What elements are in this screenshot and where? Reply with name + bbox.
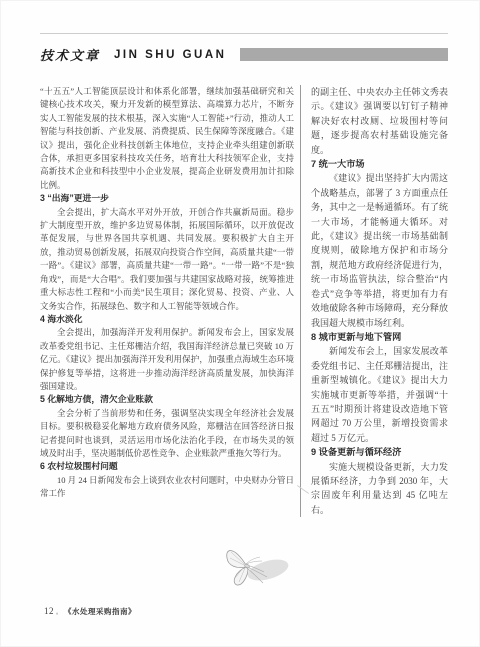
paragraph: 《建议》提出坚持扩大内需这个战略基点，部署了 3 方面重点任务，其中之一是畅通循… (311, 171, 448, 329)
left-column: “十五五”人工智能顶层设计和体系化部署，继续加强基础研究和关键核心技术攻关，聚力… (40, 85, 294, 517)
section-label: 技术文章 (40, 45, 100, 64)
pinyin-title: JIN SHU GUAN (114, 49, 226, 61)
header-rule (40, 33, 448, 34)
paragraph: 全会提出，扩大高水平对外开放，开创合作共赢新局面。稳步扩大制度型开放，维护多边贸… (40, 206, 294, 313)
right-column: 的副主任、中央农办主任韩文秀表示。《建议》强调要以钉钉子精神解决好农村改厕、垃圾… (311, 85, 448, 517)
header-row: 技术文章 JIN SHU GUAN (40, 45, 448, 64)
article-body: “十五五”人工智能顶层设计和体系化部署，继续加强基础研究和关键核心技术攻关，聚力… (40, 85, 448, 517)
page-header: 技术文章 JIN SHU GUAN (40, 33, 448, 64)
header-bar (240, 48, 448, 61)
publication-title: 《水处理采购指南》 (64, 606, 136, 617)
section-heading: 4 海水淡化 (40, 313, 294, 326)
paragraph: 新闻发布会上，国家发展改革委党组书记、主任郑栅洁提出，注重新型城镇化。《建议》提… (311, 344, 448, 445)
paragraph: 实施大规模设备更新，大力发展循环经济，力争到 2030 年，大宗固废年利用量达到… (311, 460, 448, 518)
section-heading: 9 设备更新与循环经济 (311, 445, 448, 459)
section-heading: 6 农村垃圾围村问题 (40, 460, 294, 473)
page-footer: 12 。 《水处理采购指南》 (44, 606, 136, 617)
paragraph: 全会分析了当前形势和任务，强调坚决实现全年经济社会发展目标。要积极稳妥化解地方政… (40, 407, 294, 461)
paragraph: 10 月 24 日新闻发布会上谈到农业农村问题时，中央财办分管日常工作 (40, 474, 294, 501)
section-heading: 3 “出海”更进一步 (40, 192, 294, 205)
footer-separator: 。 (56, 607, 62, 616)
butterfly-icon (222, 538, 298, 594)
paragraph: “十五五”人工智能顶层设计和体系化部署，继续加强基础研究和关键核心技术攻关，聚力… (40, 85, 294, 192)
paragraph: 全会提出，加强海洋开发利用保护。新闻发布会上，国家发展改革委党组书记、主任郑栅洁… (40, 326, 294, 393)
page-number: 12 (44, 606, 54, 616)
section-heading: 5 化解地方债，清欠企业账款 (40, 393, 294, 406)
column-divider (300, 85, 301, 517)
section-heading: 7 统一大市场 (311, 157, 448, 171)
paragraph: 的副主任、中央农办主任韩文秀表示。《建议》强调要以钉钉子精神解决好农村改厕、垃圾… (311, 85, 448, 157)
section-heading: 8 城市更新与地下管网 (311, 330, 448, 344)
magazine-page: 技术文章 JIN SHU GUAN “十五五”人工智能顶层设计和体系化部署，继续… (0, 0, 480, 647)
